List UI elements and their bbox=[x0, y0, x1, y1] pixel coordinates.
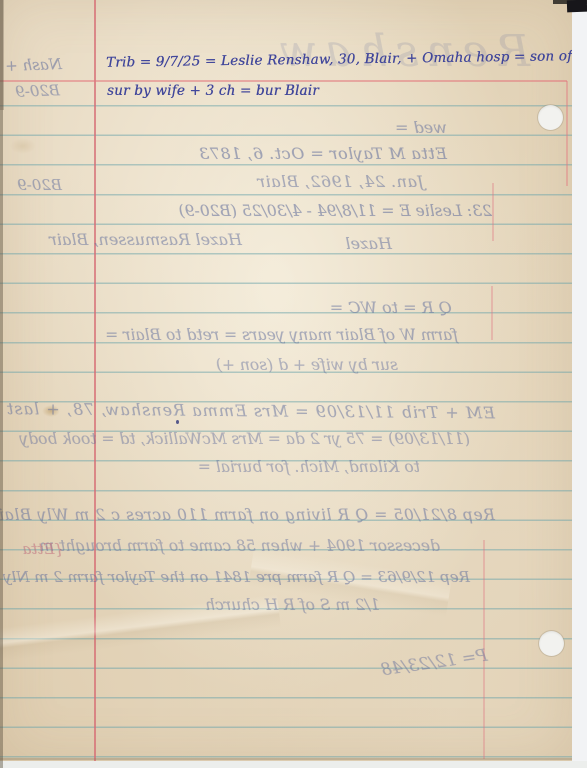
paper-left-edge-shadow bbox=[0, 0, 4, 110]
bleed-text: wed = bbox=[395, 118, 447, 137]
bleed-red-correction: {Etta bbox=[23, 540, 65, 558]
scanner-background-bottom bbox=[0, 761, 587, 768]
bleed-through-layer: Nash + B20-9 Renshaw wed = Etta M Taylor… bbox=[0, 0, 587, 768]
punch-hole-bottom bbox=[539, 631, 564, 656]
bleed-text: farm W of Blair many years = retd to Bla… bbox=[105, 326, 458, 344]
scanner-background-right bbox=[572, 0, 587, 768]
punch-hole-top bbox=[538, 105, 563, 130]
bleed-text: Hazel Rasmussen, Blair bbox=[49, 230, 242, 249]
bleed-text: Etta M Taylor = Oct. 6, 1873 bbox=[199, 144, 447, 163]
bleed-text: Jan. 24, 1962, Blair bbox=[257, 172, 424, 191]
handwriting-line-2: sur by wife + 3 ch = bur Blair bbox=[107, 83, 319, 99]
bleed-text: Q R = to WC = bbox=[330, 298, 452, 317]
bleed-text: Hazel bbox=[345, 234, 392, 253]
scanned-notebook-page: Nash + B20-9 Renshaw wed = Etta M Taylor… bbox=[0, 0, 587, 768]
bleed-text: sur by wife + d (son +) bbox=[216, 356, 398, 374]
bleed-text: to Kiland, Mich. for burial = bbox=[198, 458, 420, 476]
bleed-text: Nash + bbox=[5, 55, 62, 75]
bleed-text: P= 12/23/48 bbox=[380, 646, 489, 681]
bleed-text: 1/2 m S of R H church bbox=[205, 596, 380, 614]
bleed-text: (11/13/09) = 75 yr 2 da = Mrs McWallick,… bbox=[19, 430, 470, 448]
scan-edge-artifact bbox=[567, 0, 587, 12]
bleed-text: 23: Leslie E = 11/8/94 - 4/30/25 (B20-9) bbox=[179, 202, 492, 220]
paper-left-edge-shadow bbox=[0, 0, 3, 768]
bleed-text: EM + Trib 11/13/09 = Mrs Emma Renshaw, 7… bbox=[0, 399, 495, 423]
bleed-text: B20-9 bbox=[15, 81, 60, 101]
bleed-text: Rep 12/9/63 = Q R farm pre 1841 on the T… bbox=[0, 568, 470, 586]
bleed-text: B20-9 bbox=[17, 176, 62, 194]
bleed-text: Rep 8/21/05 = Q R living on farm 110 acr… bbox=[0, 506, 495, 524]
bleed-text: decessor 1904 + when 58 came to farm bro… bbox=[40, 537, 440, 555]
paper-bottom-edge bbox=[0, 758, 572, 760]
